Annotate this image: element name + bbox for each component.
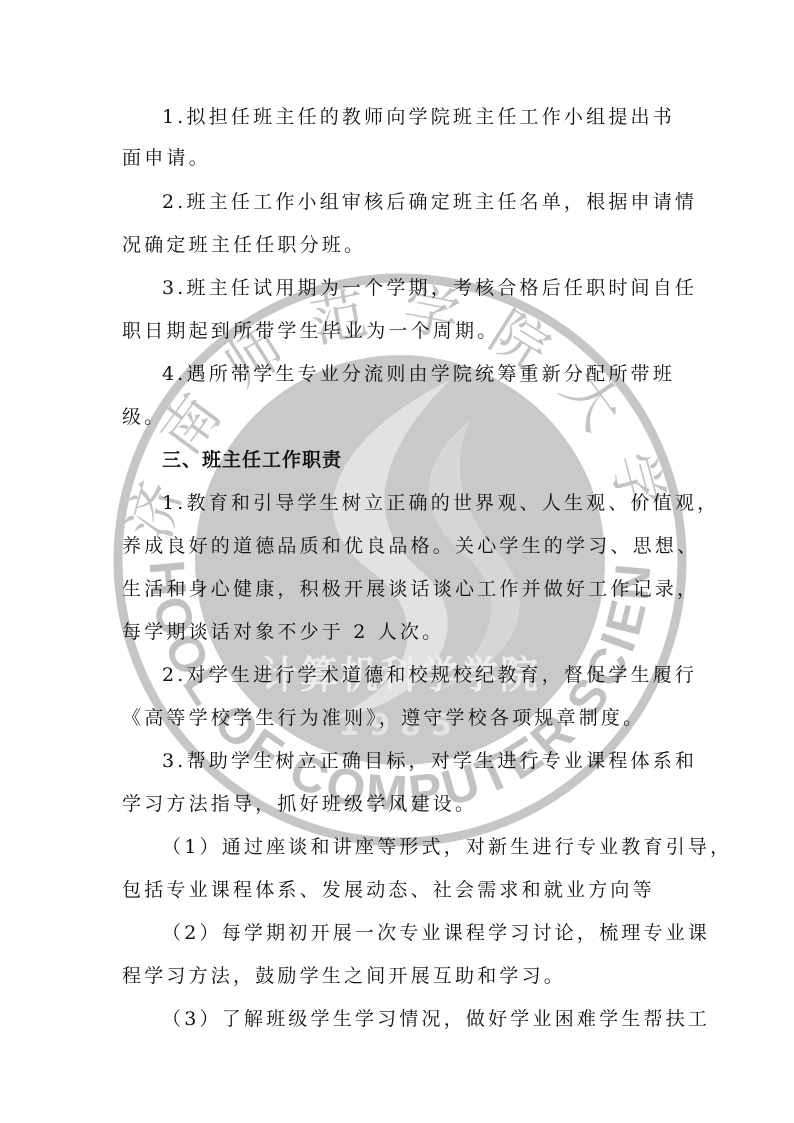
text-line: 养成良好的道德品质和优良品格。关心学生的学习、思想、	[122, 533, 699, 559]
text-line: （3）了解班级学生学习情况，做好学业困难学生帮扶工	[162, 1006, 710, 1032]
text-line: 《高等学校学生行为准则》，遵守学校各项规章制度。	[122, 705, 645, 731]
text-line: 包括专业课程体系、发展动态、社会需求和就业方向等	[122, 877, 655, 903]
seal-watermark: SCHOOL OF COMPUTER SCIENCE 济南师范学院大学 计算机科…	[0, 0, 794, 1123]
section-heading: 三、班主任工作职责	[162, 447, 342, 473]
text-line: 级。	[122, 404, 166, 430]
text-line: 学习方法指导，抓好班级学风建设。	[122, 791, 477, 817]
text-line: （2）每学期初开展一次专业课程学习讨论，梳理专业课	[162, 920, 710, 946]
text-line: 2.班主任工作小组审核后确定班主任名单，根据申请情	[162, 189, 697, 215]
text-line: 面申请。	[122, 145, 211, 171]
text-line: 1.教育和引导学生树立正确的世界观、人生观、价值观，	[162, 490, 719, 516]
text-line: 4.遇所带学生专业分流则由学院统筹重新分配所带班	[162, 361, 675, 387]
text-line: 程学习方法，鼓励学生之间开展互助和学习。	[122, 963, 566, 989]
text-line: 每学期谈话对象不少于 2 人次。	[122, 619, 444, 645]
text-line: 生活和身心健康，积极开展谈话谈心工作并做好工作记录，	[122, 576, 699, 602]
text-line: 2.对学生进行学术道德和校规校纪教育，督促学生履行	[162, 662, 697, 688]
text-line: 职日期起到所带学生毕业为一个周期。	[122, 318, 499, 344]
text-line: 况确定班主任任职分班。	[122, 232, 366, 258]
document-page: SCHOOL OF COMPUTER SCIENCE 济南师范学院大学 计算机科…	[0, 0, 794, 1123]
text-line: 3.帮助学生树立正确目标，对学生进行专业课程体系和	[162, 748, 697, 774]
text-line: （1）通过座谈和讲座等形式，对新生进行专业教育引导，	[162, 834, 732, 860]
text-line: 1.拟担任班主任的教师向学院班主任工作小组提出书	[162, 104, 675, 130]
text-line: 3.班主任试用期为一个学期，考核合格后任职时间自任	[162, 275, 697, 301]
